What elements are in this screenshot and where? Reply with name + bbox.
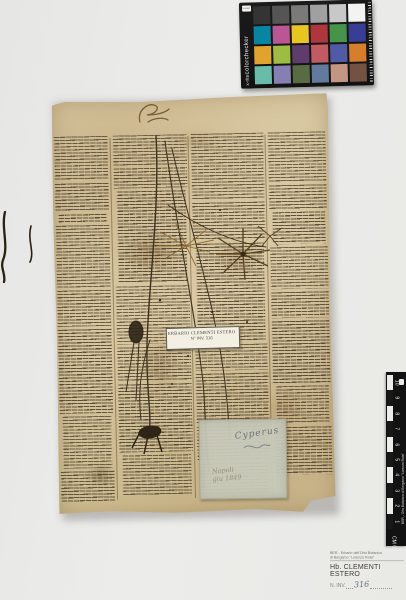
footer-institution: BER - Erbario dell'Orto Botanico di Berg…	[330, 551, 404, 561]
color-patch	[331, 64, 348, 82]
footer-inventory-line: N. INV. 316	[330, 580, 406, 589]
newspaper-page	[51, 93, 337, 517]
scale-bar-institution-text: BER - Orto Botanico di Bergamo "Lorenzo …	[399, 388, 405, 524]
newsprint-paragraph	[117, 346, 192, 382]
newsprint-paragraph	[271, 291, 330, 318]
color-patch	[255, 66, 272, 84]
color-patch	[348, 3, 365, 21]
color-checker: CLASSIC colorchecker x-rite	[239, 0, 374, 89]
newsprint-paragraph	[54, 183, 109, 212]
newsprint-paragraph	[58, 214, 107, 223]
color-patch	[292, 45, 309, 63]
newsprint-paragraph	[190, 132, 264, 200]
handwriting-flourish	[242, 442, 272, 452]
footer-herbarium-name: Hb. CLEMENTI ESTERO	[330, 564, 406, 578]
color-checker-edge-ticks	[368, 2, 373, 82]
newsprint-columns	[53, 131, 333, 505]
plant-fragment-left	[2, 212, 32, 282]
newsprint-paragraph	[272, 211, 326, 244]
color-patch	[273, 45, 290, 63]
handwritten-locality-date: Napoli giu 1849	[212, 465, 242, 483]
color-patch	[254, 26, 271, 44]
footer-block: BER - Erbario dell'Orto Botanico di Berg…	[330, 551, 406, 589]
newsprint-paragraph	[117, 190, 188, 283]
newsprint-column	[112, 134, 194, 503]
herbarium-sheet-photo: ERBARIO CLEMENTI ESTERO N° INV. 316 Cype…	[0, 0, 406, 600]
inventory-label-number: N° INV. 316	[167, 335, 237, 341]
color-patch	[293, 65, 310, 83]
newsprint-paragraph	[112, 134, 187, 166]
color-patch	[311, 24, 328, 42]
color-patch	[330, 44, 347, 62]
color-patch	[291, 5, 308, 23]
classic-tag: CLASSIC	[241, 5, 250, 11]
color-patch	[350, 63, 367, 81]
color-patch	[311, 44, 328, 62]
newsprint-paragraph	[118, 383, 193, 453]
newsprint-paragraph	[62, 416, 112, 469]
newsprint-paragraph	[60, 471, 115, 502]
handwritten-taxon-name: Cyperus	[234, 426, 280, 442]
color-patch	[292, 25, 309, 43]
determination-label: Cyperus Napoli giu 1849	[198, 418, 287, 499]
color-patch	[253, 6, 270, 24]
color-patch	[348, 23, 365, 41]
handwritten-mark	[134, 101, 174, 127]
color-checker-label: colorchecker	[243, 13, 251, 74]
scale-zero-label: CM 0	[391, 536, 397, 549]
color-patch	[349, 43, 366, 61]
newsprint-paragraph	[195, 372, 269, 424]
inventory-label: ERBARIO CLEMENTI ESTERO N° INV. 316	[166, 326, 241, 350]
newsprint-column	[53, 136, 115, 505]
newsprint-paragraph	[53, 136, 108, 181]
newsprint-paragraph	[122, 454, 192, 495]
newsprint-paragraph	[269, 184, 327, 209]
color-checker-grid	[253, 3, 367, 84]
newsprint-paragraph	[267, 131, 326, 182]
color-patch	[274, 65, 291, 83]
xrite-logo: x-rite	[245, 74, 251, 85]
color-patch	[310, 4, 327, 22]
color-patch	[329, 4, 346, 22]
newsprint-paragraph	[57, 329, 113, 414]
color-patch	[272, 5, 289, 23]
newsprint-paragraph	[55, 225, 110, 288]
scale-bar-logo	[399, 379, 404, 385]
newsprint-paragraph	[192, 201, 266, 241]
newsprint-paragraph	[270, 246, 329, 289]
newsprint-paragraph	[271, 320, 330, 383]
newsprint-paragraph	[57, 290, 112, 327]
handwritten-inventory-number: 316	[353, 580, 369, 590]
color-patch	[273, 25, 290, 43]
color-patch	[312, 64, 329, 82]
color-patch	[329, 24, 346, 42]
color-patch	[254, 46, 271, 64]
newsprint-paragraph	[113, 167, 187, 189]
scale-bar: 10987654321 BER - Orto Botanico di Berga…	[386, 372, 406, 546]
